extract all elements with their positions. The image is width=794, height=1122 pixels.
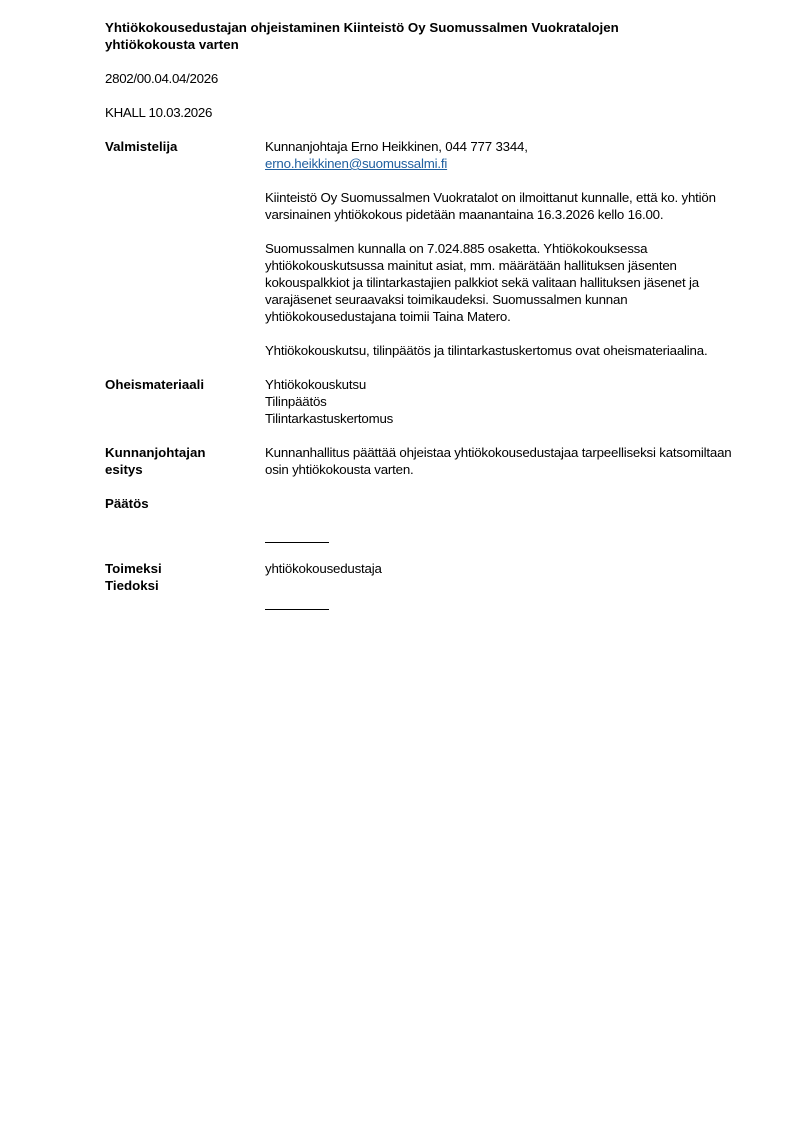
attachments-list: Yhtiökokouskutsu Tilinpäätös Tilintarkas… — [265, 376, 745, 427]
section-label-oheismateriaali: Oheismateriaali — [105, 376, 265, 427]
label-line: Toimeksi — [105, 560, 265, 577]
section-esitys: Kunnanjohtajan esitys Kunnanhallitus pää… — [105, 444, 745, 478]
meeting-date: KHALL 10.03.2026 — [105, 104, 745, 121]
section-label-esitys: Kunnanjohtajan esitys — [105, 444, 265, 478]
attachment-item: Tilinpäätös — [265, 393, 745, 410]
decision-text — [265, 495, 745, 512]
section-valmistelija: Valmistelija Kunnanjohtaja Erno Heikkine… — [105, 138, 745, 359]
paragraph: Yhtiökokouskutsu, tilinpäätös ja tilinta… — [265, 342, 745, 359]
section-label-toimeksi: Toimeksi Tiedoksi — [105, 560, 265, 594]
label-line: esitys — [105, 461, 265, 478]
proposal-text: Kunnanhallitus päättää ohjeistaa yhtiöko… — [265, 444, 745, 478]
preparer-email-link[interactable]: erno.heikkinen@suomussalmi.fi — [265, 156, 447, 171]
attachment-item: Yhtiökokouskutsu — [265, 376, 745, 393]
paragraph: Suomussalmen kunnalla on 7.024.885 osake… — [265, 240, 745, 325]
section-oheismateriaali: Oheismateriaali Yhtiökokouskutsu Tilinpä… — [105, 376, 745, 427]
recipient-text: yhtiökokousedustaja — [265, 560, 745, 594]
section-toimeksi: Toimeksi Tiedoksi yhtiökokousedustaja — [105, 560, 745, 594]
preparer-name-phone: Kunnanjohtaja Erno Heikkinen, 044 777 33… — [265, 138, 745, 155]
paragraph: Kiinteistö Oy Suomussalmen Vuokratalot o… — [265, 189, 745, 223]
label-line: Tiedoksi — [105, 577, 265, 594]
label-line: Kunnanjohtajan — [105, 444, 265, 461]
section-content-valmistelija: Kunnanjohtaja Erno Heikkinen, 044 777 33… — [265, 138, 745, 359]
preparer-info: Kunnanjohtaja Erno Heikkinen, 044 777 33… — [265, 138, 745, 172]
section-paatos: Päätös — [105, 495, 745, 512]
separator-line — [265, 542, 329, 543]
case-number: 2802/00.04.04/2026 — [105, 70, 745, 87]
section-label-valmistelija: Valmistelija — [105, 138, 265, 359]
document-title: Yhtiökokousedustajan ohjeistaminen Kiint… — [105, 19, 705, 53]
attachment-item: Tilintarkastuskertomus — [265, 410, 745, 427]
section-label-paatos: Päätös — [105, 495, 265, 512]
separator-line — [265, 609, 329, 610]
document-page: Yhtiökokousedustajan ohjeistaminen Kiint… — [105, 19, 745, 610]
